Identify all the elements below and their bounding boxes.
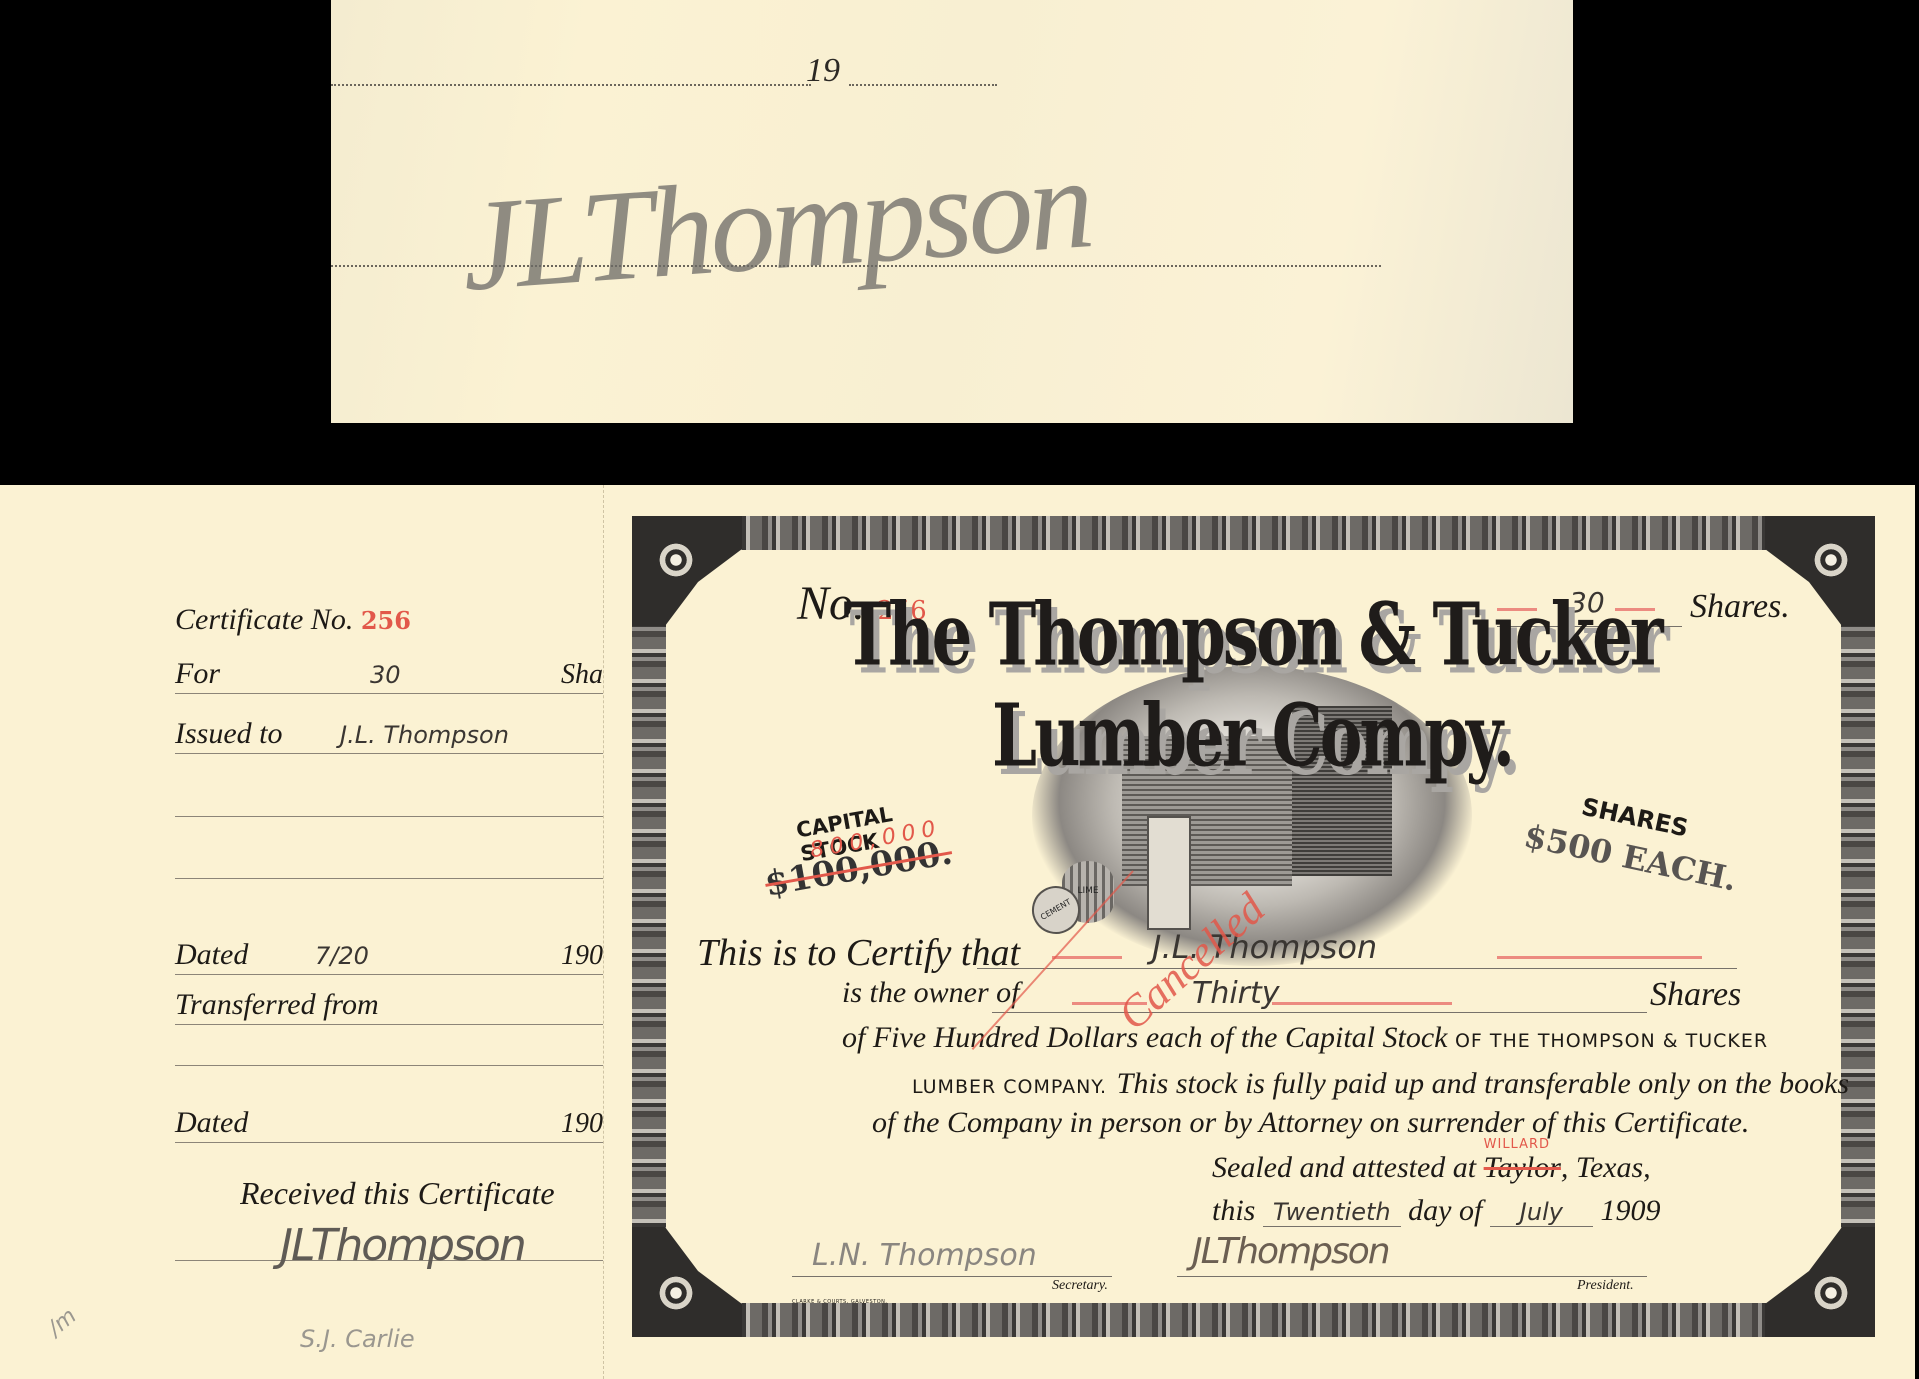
day-value: Twentieth: [1263, 1198, 1401, 1227]
stub-blank-line: [175, 1065, 603, 1066]
stub-transferred-row: Transferred from: [175, 978, 603, 1025]
ornamental-border-right: [1841, 556, 1875, 1297]
ornamental-border-left: [632, 556, 666, 1297]
city-overprint: WILLARD: [1484, 1137, 1550, 1152]
corner-ornament-icon: [632, 516, 742, 626]
company-name-title: The Thompson & Tucker Lumber Compy.: [752, 585, 1752, 788]
pencil-note: /m: [43, 1304, 81, 1342]
corner-ornament-icon: [632, 1227, 742, 1337]
sealed-line: Sealed and attested at Taylor WILLARD , …: [1212, 1151, 1651, 1185]
ornamental-border-top: [672, 516, 1835, 550]
dotted-line: [331, 84, 811, 86]
perforation-fold: [603, 485, 605, 1379]
dotted-line: [849, 84, 997, 86]
month-value: July: [1490, 1198, 1593, 1227]
president-label: President.: [1577, 1278, 1634, 1294]
secretary-signature: L.N. Thompson: [812, 1238, 1037, 1273]
stub-dated-row: Dated 7/20 190: [175, 928, 603, 975]
year-prefix: 19: [806, 52, 840, 90]
body-line-2: LUMBER COMPANY. This stock is fully paid…: [912, 1066, 1849, 1101]
signature-detail-panel: 19 JLThompson: [331, 0, 1573, 423]
stub-received-label: Received this Certificate: [240, 1175, 603, 1212]
body-line-3: of the Company in person or by Attorney …: [872, 1106, 1749, 1140]
capital-stock-badge: CAPITAL STOCK 800,000 $100,000.: [755, 788, 989, 925]
corner-ornament-icon: [1765, 1227, 1875, 1337]
city-original: Taylor: [1484, 1151, 1561, 1184]
certify-label: This is to Certify that: [697, 931, 1020, 975]
ornamental-border-bottom: [672, 1303, 1835, 1337]
shares-suffix: Shares: [1650, 976, 1741, 1014]
stub-certificate-number: 256: [361, 606, 411, 635]
stock-certificate-document: Certificate No. 256 For 30 Sha Issued to…: [0, 485, 1915, 1379]
stub-received-signature: JLThompson: [280, 1220, 525, 1271]
par-value-badge: SHARES $500 EACH.: [1513, 782, 1771, 939]
stub-blank-line: [175, 816, 603, 817]
door-icon: [1147, 816, 1191, 930]
stub-dated2-row: Dated 190: [175, 1096, 603, 1143]
pencil-note: S.J. Carlie: [300, 1325, 415, 1353]
printer-imprint: CLARKE & COURTS, GALVESTON.: [792, 1299, 888, 1305]
pencil-signature: JLThompson: [457, 128, 1095, 322]
date-line: this Twentieth day of July 1909: [1212, 1194, 1660, 1228]
stub-issued-row: Issued to J.L. Thompson: [175, 707, 603, 754]
president-signature: JLThompson: [1192, 1231, 1389, 1272]
stub-certificate-label: Certificate No. 256: [175, 603, 411, 637]
certificate-face: No. 256 30 Shares. LIME CEMENT The Thomp…: [632, 516, 1875, 1337]
stub-blank-line: [175, 878, 603, 879]
secretary-label: Secretary.: [1052, 1278, 1108, 1294]
stub-for-row: For 30 Sha: [175, 647, 603, 694]
owner-label: is the owner of: [842, 976, 1020, 1010]
year-value: 1909: [1600, 1194, 1660, 1227]
